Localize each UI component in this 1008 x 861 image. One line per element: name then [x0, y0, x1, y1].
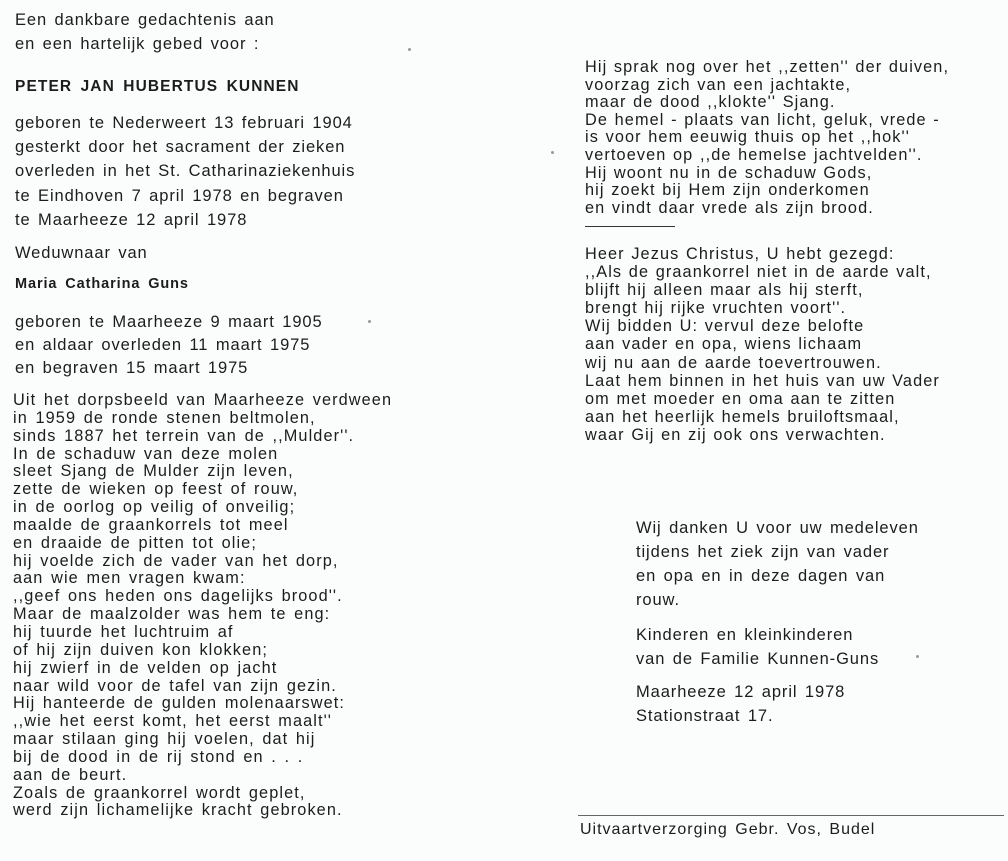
poem-line: en vindt daar vrede als zijn brood. [585, 200, 949, 218]
prayer-line: waar Gij en zij ook ons verwachten. [585, 426, 940, 444]
poem-line: Hij sprak nog over het ,,zetten'' der du… [585, 59, 949, 77]
widower-label: Weduwnaar van [15, 241, 148, 265]
bio-line: geboren te Maarheeze 9 maart 1905 [15, 311, 323, 334]
bio-line: gesterkt door het sacrament der zieken [15, 135, 355, 159]
poem-line: Hij hanteerde de gulden molenaarswet: [13, 695, 392, 713]
poem-line: hij voelde zich de vader van het dorp, [13, 553, 392, 571]
thanks-line: rouw. [636, 588, 919, 612]
print-speck [408, 48, 411, 51]
prayer-line: brengt hij rijke vruchten voort''. [585, 299, 940, 317]
poem-line: in de oorlog op veilig of onveilig; [13, 499, 392, 517]
poem-line: vertoeven op ,,de hemelse jachtvelden''. [585, 147, 949, 165]
thanks-line: Wij danken U voor uw medeleven [636, 516, 919, 540]
print-speck [368, 320, 371, 323]
poem-line: bij de dood in de rij stond en . . . [13, 749, 392, 767]
bio-line: en begraven 15 maart 1975 [15, 357, 323, 380]
poem-line: hij zoekt bij Hem zijn onderkomen [585, 182, 949, 200]
bio-line: overleden in het St. Catharinaziekenhuis [15, 159, 355, 183]
family-signature: Kinderen en kleinkinderenvan de Familie … [636, 623, 879, 671]
poem-line: aan de beurt. [13, 767, 392, 785]
intro-text: Een dankbare gedachtenis aan en een hart… [15, 8, 275, 56]
prayer-line: aan vader en opa, wiens lichaam [585, 335, 940, 353]
poem-line: naar wild voor de tafel van zijn gezin. [13, 678, 392, 696]
prayer-text: Heer Jezus Christus, U hebt gezegd:,,Als… [585, 245, 940, 444]
prayer-line: aan het heerlijk hemels bruiloftsmaal, [585, 408, 940, 426]
deceased-bio: geboren te Nederweert 13 februari 1904 g… [15, 111, 355, 232]
prayer-line: blijft hij alleen maar als hij sterft, [585, 281, 940, 299]
prayer-line: Wij bidden U: vervul deze belofte [585, 317, 940, 335]
poem-line: sleet Sjang de Mulder zijn leven, [13, 463, 392, 481]
poem-line: of hij zijn duiven kon klokken; [13, 642, 392, 660]
poem-line: werd zijn lichamelijke kracht gebroken. [13, 802, 392, 820]
poem-line: maar de dood ,,klokte'' Sjang. [585, 94, 949, 112]
print-speck [916, 655, 919, 658]
poem-line: ,,geef ons heden ons dagelijks brood''. [13, 588, 392, 606]
poem-line: ,,wie het eerst komt, het eerst maalt'' [13, 713, 392, 731]
poem-line: In de schaduw van deze molen [13, 446, 392, 464]
poem-line: hij zwierf in de velden op jacht [13, 660, 392, 678]
poem-line: is voor hem eeuwig thuis op het ,,hok'' [585, 129, 949, 147]
poem-line: De hemel - plaats van licht, geluk, vred… [585, 112, 949, 130]
prayer-line: om met moeder en oma aan te zitten [585, 390, 940, 408]
poem-line: hij tuurde het luchtruim af [13, 624, 392, 642]
divider-long [578, 815, 1004, 816]
poem-line: Uit het dorpsbeeld van Maarheeze verdwee… [13, 392, 392, 410]
bio-line: geboren te Nederweert 13 februari 1904 [15, 111, 355, 135]
poem-line: Hij woont nu in de schaduw Gods, [585, 165, 949, 183]
family-line: van de Familie Kunnen-Guns [636, 647, 879, 671]
poem-line: sinds 1887 het terrein van de ,,Mulder''… [13, 428, 392, 446]
bio-line: te Eindhoven 7 april 1978 en begraven [15, 184, 355, 208]
undertaker-credit: Uitvaartverzorging Gebr. Vos, Budel [580, 821, 875, 839]
prayer-line: Laat hem binnen in het huis van uw Vader [585, 372, 940, 390]
poem-line: en draaide de pitten tot olie; [13, 535, 392, 553]
spouse-name: Maria Catharina Guns [15, 276, 189, 292]
divider-short [585, 226, 675, 227]
poem-line: maar stilaan ging hij voelen, dat hij [13, 731, 392, 749]
poem-left: Uit het dorpsbeeld van Maarheeze verdwee… [13, 392, 392, 820]
poem-line: aan wie men vragen kwam: [13, 570, 392, 588]
place-date: Maarheeze 12 april 1978Stationstraat 17. [636, 680, 845, 728]
poem-line: Maar de maalzolder was hem te eng: [13, 606, 392, 624]
poem-line: maalde de graankorrels tot meel [13, 517, 392, 535]
thanks-line: tijdens het ziek zijn van vader [636, 540, 919, 564]
intro-line: Een dankbare gedachtenis aan [15, 8, 275, 32]
prayer-line: wij nu aan de aarde toevertrouwen. [585, 354, 940, 372]
poem-line: in 1959 de ronde stenen beltmolen, [13, 410, 392, 428]
prayer-line: ,,Als de graankorrel niet in de aarde va… [585, 263, 940, 281]
poem-line: zette de wieken op feest of rouw, [13, 481, 392, 499]
family-line: Kinderen en kleinkinderen [636, 623, 879, 647]
poem-right: Hij sprak nog over het ,,zetten'' der du… [585, 59, 949, 217]
spouse-bio: geboren te Maarheeze 9 maart 1905 en ald… [15, 311, 323, 380]
place-line: Maarheeze 12 april 1978 [636, 680, 845, 704]
thanks-text: Wij danken U voor uw medeleventijdens he… [636, 516, 919, 612]
thanks-line: en opa en in deze dagen van [636, 564, 919, 588]
place-line: Stationstraat 17. [636, 704, 845, 728]
poem-line: Zoals de graankorrel wordt geplet, [13, 785, 392, 803]
bio-line: te Maarheeze 12 april 1978 [15, 208, 355, 232]
prayer-line: Heer Jezus Christus, U hebt gezegd: [585, 245, 940, 263]
deceased-name: PETER JAN HUBERTUS KUNNEN [15, 78, 300, 96]
intro-line: en een hartelijk gebed voor : [15, 32, 275, 56]
poem-line: voorzag zich van een jachtakte, [585, 77, 949, 95]
print-speck [551, 151, 554, 154]
widower-label-text: Weduwnaar van [15, 241, 148, 265]
bio-line: en aldaar overleden 11 maart 1975 [15, 334, 323, 357]
